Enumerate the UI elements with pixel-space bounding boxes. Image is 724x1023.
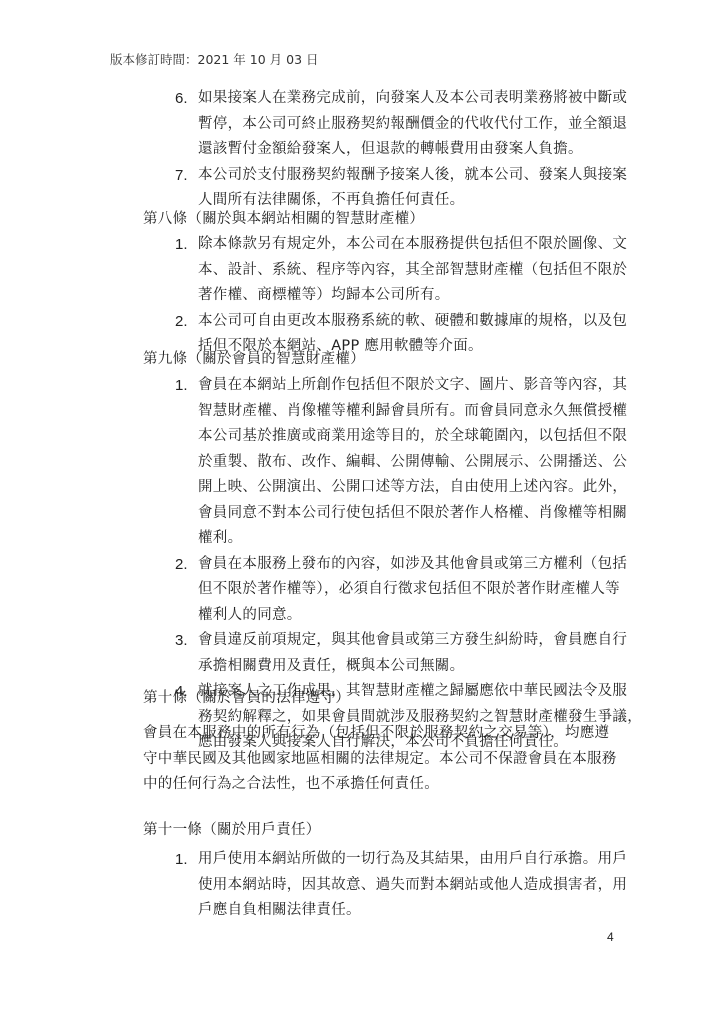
list-item-text: 智慧財產權、肖像權等權利歸會員所有。而會員同意永久無償授權	[198, 399, 627, 424]
section-title: 第八條（關於與本網站相關的智慧財產權）	[143, 207, 424, 232]
list-number: 2.	[175, 309, 188, 334]
list-item-text: 會員在本服務上發布的內容，如涉及其他會員或第三方權利（包括	[198, 552, 627, 577]
list-number: 1.	[175, 373, 188, 398]
page-number: 4	[607, 930, 614, 944]
section-title: 第十一條（關於用戶責任）	[143, 818, 321, 843]
list-item-text: 還該暫付金額給發案人，但退款的轉帳費用由發案人負擔。	[198, 137, 583, 162]
list-number: 2.	[175, 552, 188, 577]
section-title: 第十條（關於會員的法律遵守）	[143, 686, 350, 711]
version-header: 版本修訂時間：2021 年 10 月 03 日	[110, 50, 319, 68]
list-number: 7.	[175, 163, 188, 188]
list-item-text: 著作權、商標權等）均歸本公司所有。	[198, 283, 450, 308]
list-item-text: 使用本網站時，因其故意、過失而對本網站或他人造成損害者，用	[198, 873, 627, 898]
list-item-text: 會員在本網站上所創作包括但不限於文字、圖片、影音等內容，其	[198, 373, 627, 398]
list-item-text: 會員同意不對本公司行使包括但不限於著作人格權、肖像權等相關	[198, 501, 627, 526]
list-number: 1.	[175, 847, 188, 872]
list-item-text: 會員違反前項規定，與其他會員或第三方發生糾紛時，會員應自行	[198, 628, 627, 653]
list-item-text: 本、設計、系統、程序等內容，其全部智慧財產權（包括但不限於	[198, 258, 627, 283]
list-item-text: 戶應自負相關法律責任。	[198, 898, 361, 923]
list-item-text: 本公司可自由更改本服務系統的軟、硬體和數據庫的規格，以及包	[198, 309, 627, 334]
list-item-text: 但不限於著作權等），必須自行徵求包括但不限於著作財產權人等	[198, 577, 620, 602]
list-item-text: 除本條款另有規定外，本公司在本服務提供包括但不限於圖像、文	[198, 232, 627, 257]
section-title: 第九條（關於會員的智慧財產權）	[143, 347, 365, 372]
list-item-text: 開上映、公開演出、公開口述等方法，自由使用上述內容。此外，	[198, 475, 627, 500]
list-item-text: 本公司於支付服務契約報酬予接案人後，就本公司、發案人與接案	[198, 163, 627, 188]
list-item-text: 權利。	[198, 526, 242, 551]
list-number: 6.	[175, 86, 188, 111]
list-number: 1.	[175, 232, 188, 257]
paragraph-text: 守中華民國及其他國家地區相關的法律規定。本公司不保證會員在本服務	[143, 747, 617, 772]
list-item-text: 於重製、散布、改作、編輯、公開傳輸、公開展示、公開播送、公	[198, 450, 627, 475]
list-item-text: 權利人的同意。	[198, 603, 302, 628]
list-item-text: 如果接案人在業務完成前，向發案人及本公司表明業務將被中斷或	[198, 86, 627, 111]
paragraph-text: 會員在本服務中的所有行為（包括但不限於服務契約之交易等），均應遵	[143, 721, 609, 746]
list-number: 3.	[175, 628, 188, 653]
paragraph-text: 中的任何行為之合法性，也不承擔任何責任。	[143, 772, 439, 797]
list-item-text: 本公司基於推廣或商業用途等目的，於全球範圍內，以包括但不限	[198, 424, 627, 449]
list-item-text: 承擔相關費用及責任，概與本公司無關。	[198, 654, 464, 679]
list-item-text: 暫停，本公司可終止服務契約報酬價金的代收代付工作，並全額退	[198, 112, 627, 137]
list-item-text: 用戶使用本網站所做的一切行為及其結果，由用戶自行承擔。用戶	[198, 847, 627, 872]
